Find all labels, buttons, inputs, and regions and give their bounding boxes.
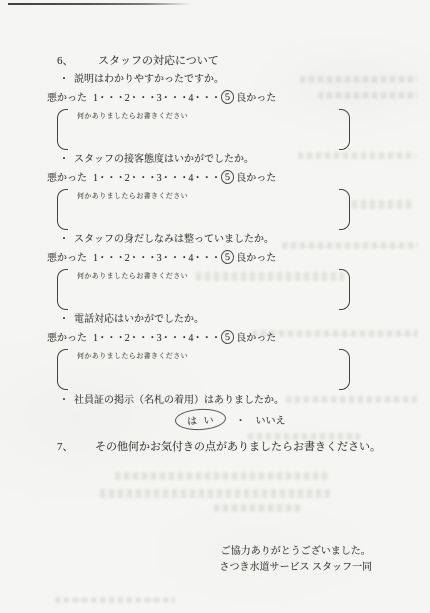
left-bracket [57,349,68,390]
bleed-through-artifact [248,433,360,440]
comment-box: 何かありましたらお書きください [57,109,350,150]
bullet-marker: ・ [59,230,69,245]
rating-scale: 悪かった 1・・・2・・・3・・・4・・・ 5 良かった [47,169,430,184]
right-bracket [339,349,350,390]
rating-scale: 悪かった 1・・・2・・・3・・・4・・・ 5 良かった [47,249,430,264]
scale-low-label: 悪かった [47,329,87,344]
section7-number: 7、 [57,438,95,454]
section6-title: スタッフの対応について [98,52,219,68]
scan-edge-artifact [8,3,191,5]
question-group-phone-response: ・ 電話対応はいかがでしたか。 悪かった 1・・・2・・・3・・・4・・・ 5 … [0,310,430,390]
bleed-through-artifact [282,242,418,249]
footer-line2: さつき水道サービス スタッフ一同 [220,560,373,576]
question-group-id-badge: ・ 社員証の掲示（名札の着用）はありましたか。 は い ・ いいえ [59,391,286,430]
question-line: ・ 社員証の掲示（名札の着用）はありましたか。 [59,391,286,406]
scale-numbers: 1・・・2・・・3・・・4・・・ [93,329,220,344]
question-line: ・ 電話対応はいかがでしたか。 [59,310,430,325]
question-group-service-attitude: ・ スタッフの接客態度はいかがでしたか。 悪かった 1・・・2・・・3・・・4・… [0,150,430,230]
scale-high-label: 良かった [236,89,276,104]
bleed-through-artifact [214,504,300,512]
selected-answer-circle: は い [174,408,226,432]
question-text: スタッフの身だしなみは整っていましたか。 [74,230,274,245]
question-text: 電話対応はいかがでしたか。 [74,310,204,325]
bleed-through-artifact [352,200,414,209]
scale-high-label: 良かった [236,169,276,184]
right-bracket [339,189,350,230]
bullet-marker: ・ [59,391,69,406]
bleed-through-artifact [318,92,418,99]
comment-box-label: 何かありましたらお書きください [77,271,188,281]
comment-box-label: 何かありましたらお書きください [77,191,188,201]
selected-rating-circle: 5 [221,89,235,104]
bullet-marker: ・ [59,310,69,325]
bullet-marker: ・ [59,70,69,85]
bleed-through-artifact [298,152,416,159]
question-text: 説明はわかりやすかったですか。 [74,70,224,85]
section7-text: その他何かお気付きの点がありましたらお書きください。 [95,438,381,454]
yes-no-answers: は い ・ いいえ [175,409,286,430]
bullet-marker: ・ [59,150,69,165]
comment-box: 何かありましたらお書きください [57,349,350,390]
bleed-through-artifact [196,272,344,281]
scale-numbers: 1・・・2・・・3・・・4・・・ [93,89,220,104]
comment-box-label: 何かありましたらお書きください [77,351,188,361]
answer-separator: ・ [236,412,246,427]
bleed-through-artifact [100,489,330,498]
scale-low-label: 悪かった [47,249,87,264]
section6-header: 6、 スタッフの対応について [57,52,219,68]
bleed-through-artifact [252,330,418,337]
scale-numbers: 1・・・2・・・3・・・4・・・ [93,169,220,184]
answer-no: いいえ [256,412,286,427]
bleed-through-artifact [286,396,418,403]
scale-low-label: 悪かった [47,169,87,184]
selected-rating-circle: 5 [221,169,235,184]
question-text: 社員証の掲示（名札の着用）はありましたか。 [74,391,284,406]
left-bracket [57,109,68,150]
bleed-through-artifact [115,472,329,480]
comment-box: 何かありましたらお書きください [57,189,350,230]
scale-numbers: 1・・・2・・・3・・・4・・・ [93,249,220,264]
selected-rating-circle: 5 [221,249,235,264]
comment-box-label: 何かありましたらお書きください [77,111,188,121]
section6-number: 6、 [57,52,98,68]
footer-thanks: ご協力ありがとうございました。 さつき水道サービス スタッフ一同 [220,544,373,575]
section7-header: 7、 その他何かお気付きの点がありましたらお書きください。 [57,438,381,454]
footer-line1: ご協力ありがとうございました。 [220,544,373,560]
scale-low-label: 悪かった [47,89,87,104]
right-bracket [339,109,350,150]
left-bracket [57,189,68,230]
bleed-through-artifact [300,76,418,83]
scale-high-label: 良かった [236,249,276,264]
bleed-through-artifact [55,597,175,603]
question-text: スタッフの接客態度はいかがでしたか。 [74,150,254,165]
scanned-survey-page: 6、 スタッフの対応について ・ 説明はわかりやすかったですか。 悪かった 1・… [0,0,430,613]
left-bracket [57,269,68,310]
selected-rating-circle: 5 [221,329,235,344]
